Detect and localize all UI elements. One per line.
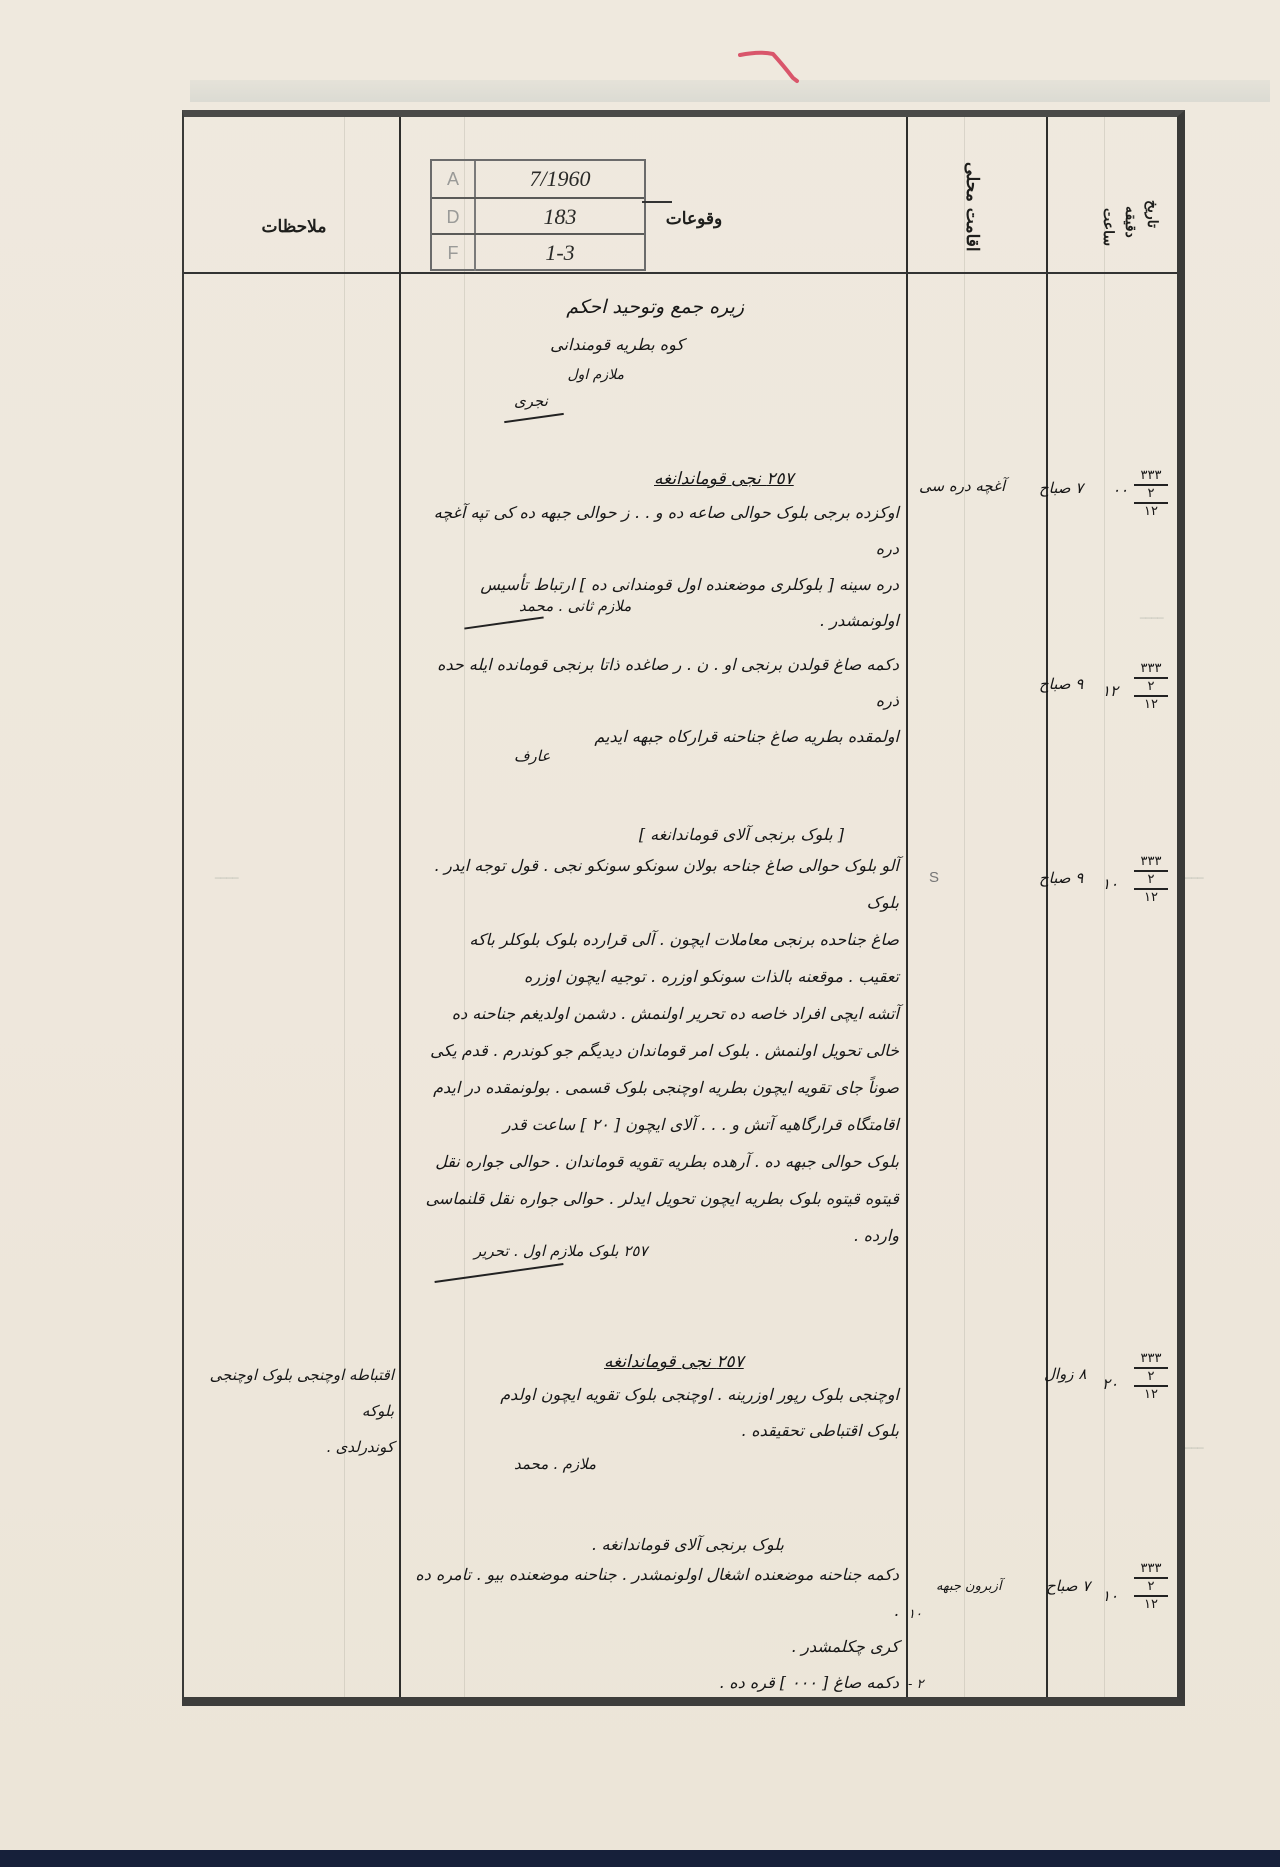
entry-1-body: اوکزده برجی بلوک حوالی صاعه ده و . . ز ح…	[409, 495, 899, 639]
entry-2-minute: ١٢	[1102, 682, 1118, 700]
entry-5-minute: ١٠	[1102, 1587, 1118, 1605]
stamp-row-f: F 1-3	[432, 233, 644, 271]
header-events: وقوعات	[644, 209, 744, 229]
entry-5-line-number-1: ١٠	[908, 1607, 922, 1622]
entry-2-body: دکمه صاغ قولدن برنجی او . ن . ر صاغده ذا…	[409, 647, 899, 755]
entry-4-minute: ٢٠	[1102, 1375, 1118, 1393]
entry-1-minute: ٠٠	[1112, 481, 1128, 499]
intro-signature: نجری	[514, 392, 548, 410]
entry-1-date: ٣٣٣٢١٢	[1134, 469, 1168, 519]
entry-3-hour: ٩ صباح	[1039, 869, 1083, 887]
header-date-line1: تاریخ	[1144, 169, 1160, 259]
entry-4-hour: ٨ زوال	[1044, 1365, 1086, 1383]
entry-2-signature: عارف	[514, 747, 550, 765]
stamp-row-a: A 7/1960	[432, 161, 644, 197]
entry-5-location: آزبرون جبهه	[936, 1579, 1002, 1594]
entry-5-body: دکمه جناحنه موضعنده اشغال اولونمشدر . جن…	[409, 1557, 899, 1701]
entry-2-date: ٣٣٣٢١٢	[1134, 662, 1168, 712]
ledger-table: ملاحظات وقوعات اقامت محلی تاریخ دقیقه سا…	[182, 110, 1185, 1706]
entry-3-body: آلو بلوک حوالی صاغ جناحه بولان سونکو سون…	[409, 847, 899, 1254]
document-page: ــــ ــــ ــــ ــــ ملاحظات وقوعات اقامت…	[0, 0, 1280, 1850]
header-date-line3: ساعت	[1100, 197, 1116, 257]
entry-2-hour: ٩ صباح	[1039, 675, 1083, 693]
entry-3-location: S	[929, 869, 939, 886]
stamp-row-d: D 183	[432, 197, 644, 235]
red-pencil-page-mark	[735, 45, 805, 90]
intro-heading: زیره جمع وتوحید احکم	[444, 289, 744, 325]
column-rule-location	[1046, 117, 1048, 1697]
entry-3-minute: ١٠	[1102, 875, 1118, 893]
entry-1-hour: ٧ صباح	[1039, 479, 1083, 497]
scan-shadow	[190, 80, 1270, 102]
header-location: اقامت محلی	[962, 157, 982, 257]
entry-3-date: ٣٣٣٢١٢	[1134, 855, 1168, 905]
stamp-leader-line	[642, 201, 672, 203]
header-remarks: ملاحظات	[214, 217, 374, 237]
entry-1-location: آغچه دره سی	[919, 477, 1005, 495]
column-rule-events	[906, 117, 908, 1697]
entry-3-signature: ٢٥٧ بلوک ملازم اول . تحریر	[474, 1242, 648, 1260]
intro-subline-2: ملازم اول	[484, 357, 624, 393]
entry-4-body: اوچنجی بلوک رپور اوزرینه . اوچنجی بلوک ت…	[409, 1377, 899, 1449]
entry-4-title: ٢٥٧ نجی قوماندانغه	[604, 1352, 744, 1372]
entry-5-line-number-2: ٢ -	[908, 1677, 924, 1692]
archive-stamp: A 7/1960 D 183 F 1-3	[430, 159, 646, 271]
entry-5-hour: ٧ صباح	[1046, 1577, 1090, 1595]
entry-1-title: ٢٥٧ نجی قوماندانغه	[654, 469, 794, 489]
header-date-line2: دقیقه	[1122, 187, 1138, 257]
column-rule-remarks	[399, 117, 401, 1697]
entry-5-date: ٣٣٣٢١٢	[1134, 1562, 1168, 1612]
entry-4-remark: اقتباطه اوچنجی بلوک اوچنجی بلوکه کوندرلد…	[189, 1357, 394, 1465]
entry-4-signature: ملازم . محمد	[514, 1455, 596, 1473]
scanner-bottom-edge	[0, 1850, 1280, 1867]
entry-1-signature: ملازم ثانی . محمد	[519, 597, 631, 615]
entry-4-date: ٣٣٣٢١٢	[1134, 1352, 1168, 1402]
header-divider	[184, 272, 1177, 274]
